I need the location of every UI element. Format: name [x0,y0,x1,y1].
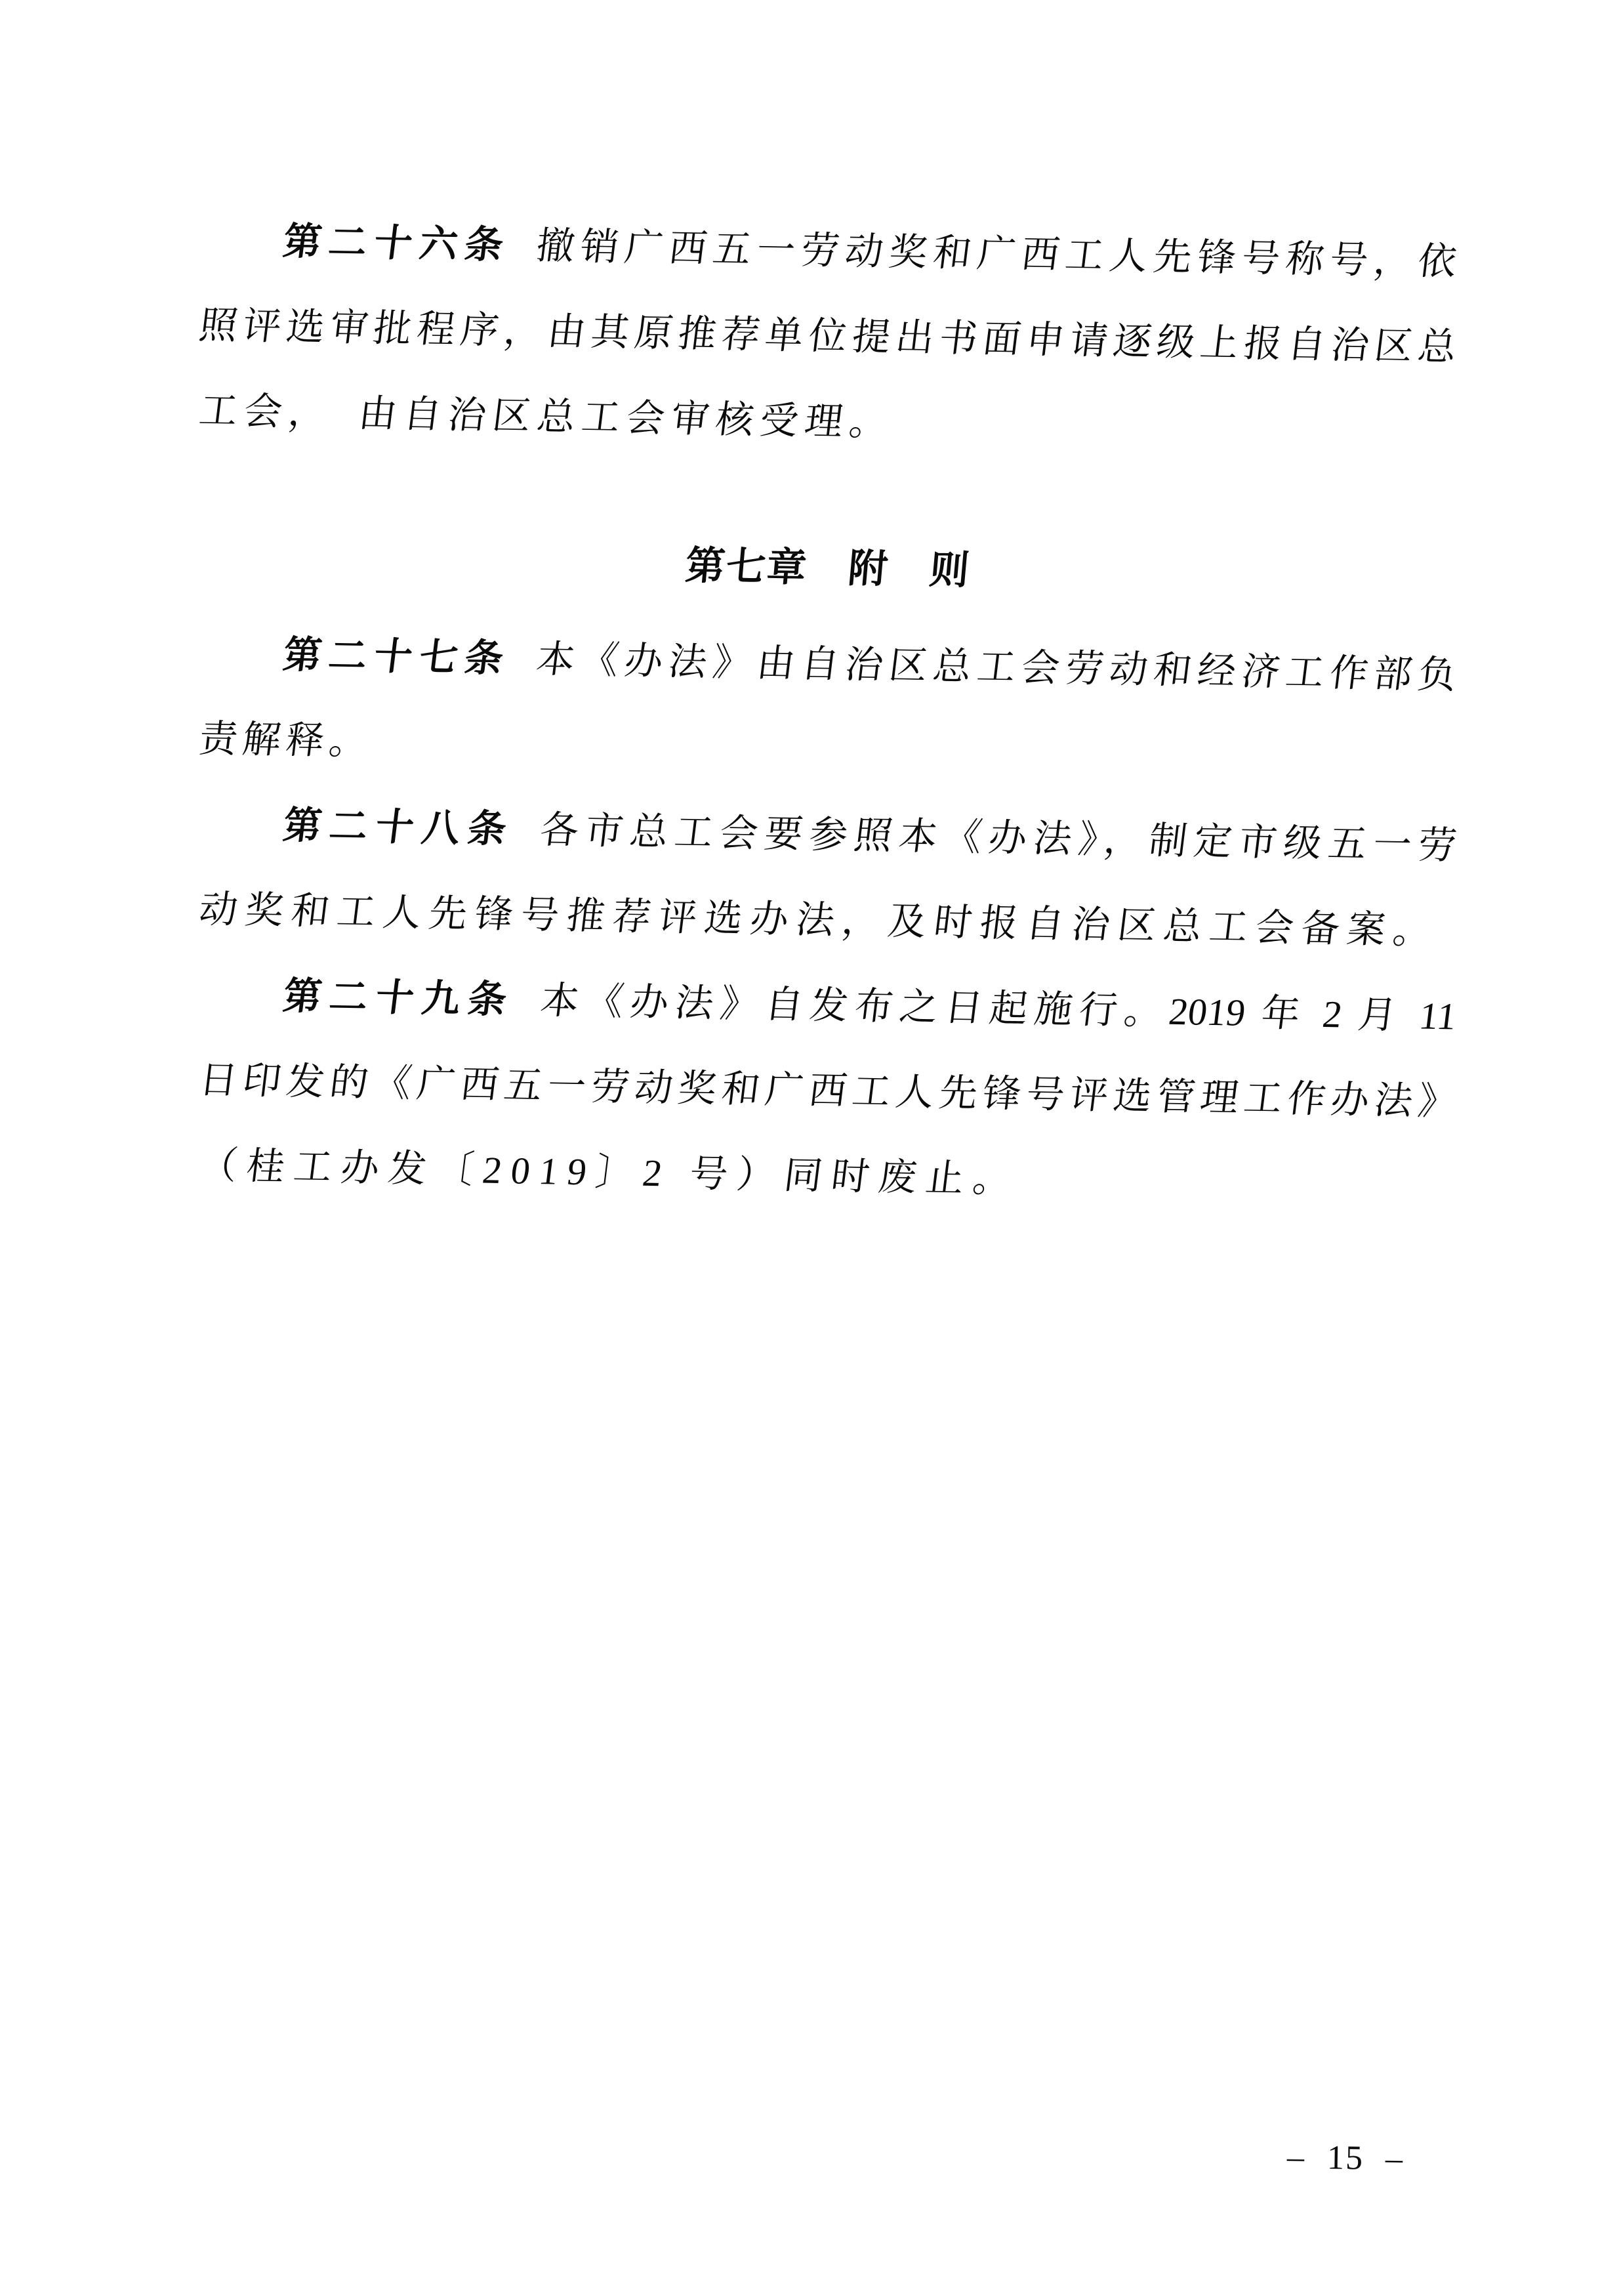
paragraph-article-26: 第二十六条撤销广西五一劳动奖和广西工人先锋号称号，依 照评选审批程序，由其原推荐… [199,198,1456,453]
document-body: 第二十六条撤销广西五一劳动奖和广西工人先锋号称号，依 照评选审批程序，由其原推荐… [199,198,1456,1208]
paragraph-article-29: 第二十九条本《办法》自发布之日起施行。2019 年 2 月 11 日印发的《广西… [199,952,1456,1208]
scanned-document-page: 第二十六条撤销广西五一劳动奖和广西工人先锋号称号，依 照评选审批程序，由其原推荐… [0,0,1621,2296]
body-text: 本《办法》自发布之日起施行。2019 年 2 月 11 [538,979,1459,1037]
paragraph-article-28: 第二十八条各市总工会要参照本《办法》，制定市级五一劳 动奖和工人先锋号推荐评选办… [199,782,1456,952]
chapter-heading: 第七章 附 则 [195,514,1460,621]
article-number-label: 第二十九条 [281,974,517,1021]
body-text: 本《办法》由自治区总工会劳动和经济工作部负 [534,638,1459,696]
article-number-label: 第二十七条 [281,633,513,680]
article-number-label: 第二十六条 [281,220,513,266]
article-number-label: 第二十八条 [281,804,517,850]
body-text: 撤销广西五一劳动奖和广西工人先锋号称号，依 [534,224,1459,283]
body-text: 各市总工会要参照本《办法》，制定市级五一劳 [538,808,1459,867]
page-number: – 15 – [1287,2138,1405,2179]
paragraph-article-27: 第二十七条本《办法》由自治区总工会劳动和经济工作部负 责解释。 [199,611,1456,782]
